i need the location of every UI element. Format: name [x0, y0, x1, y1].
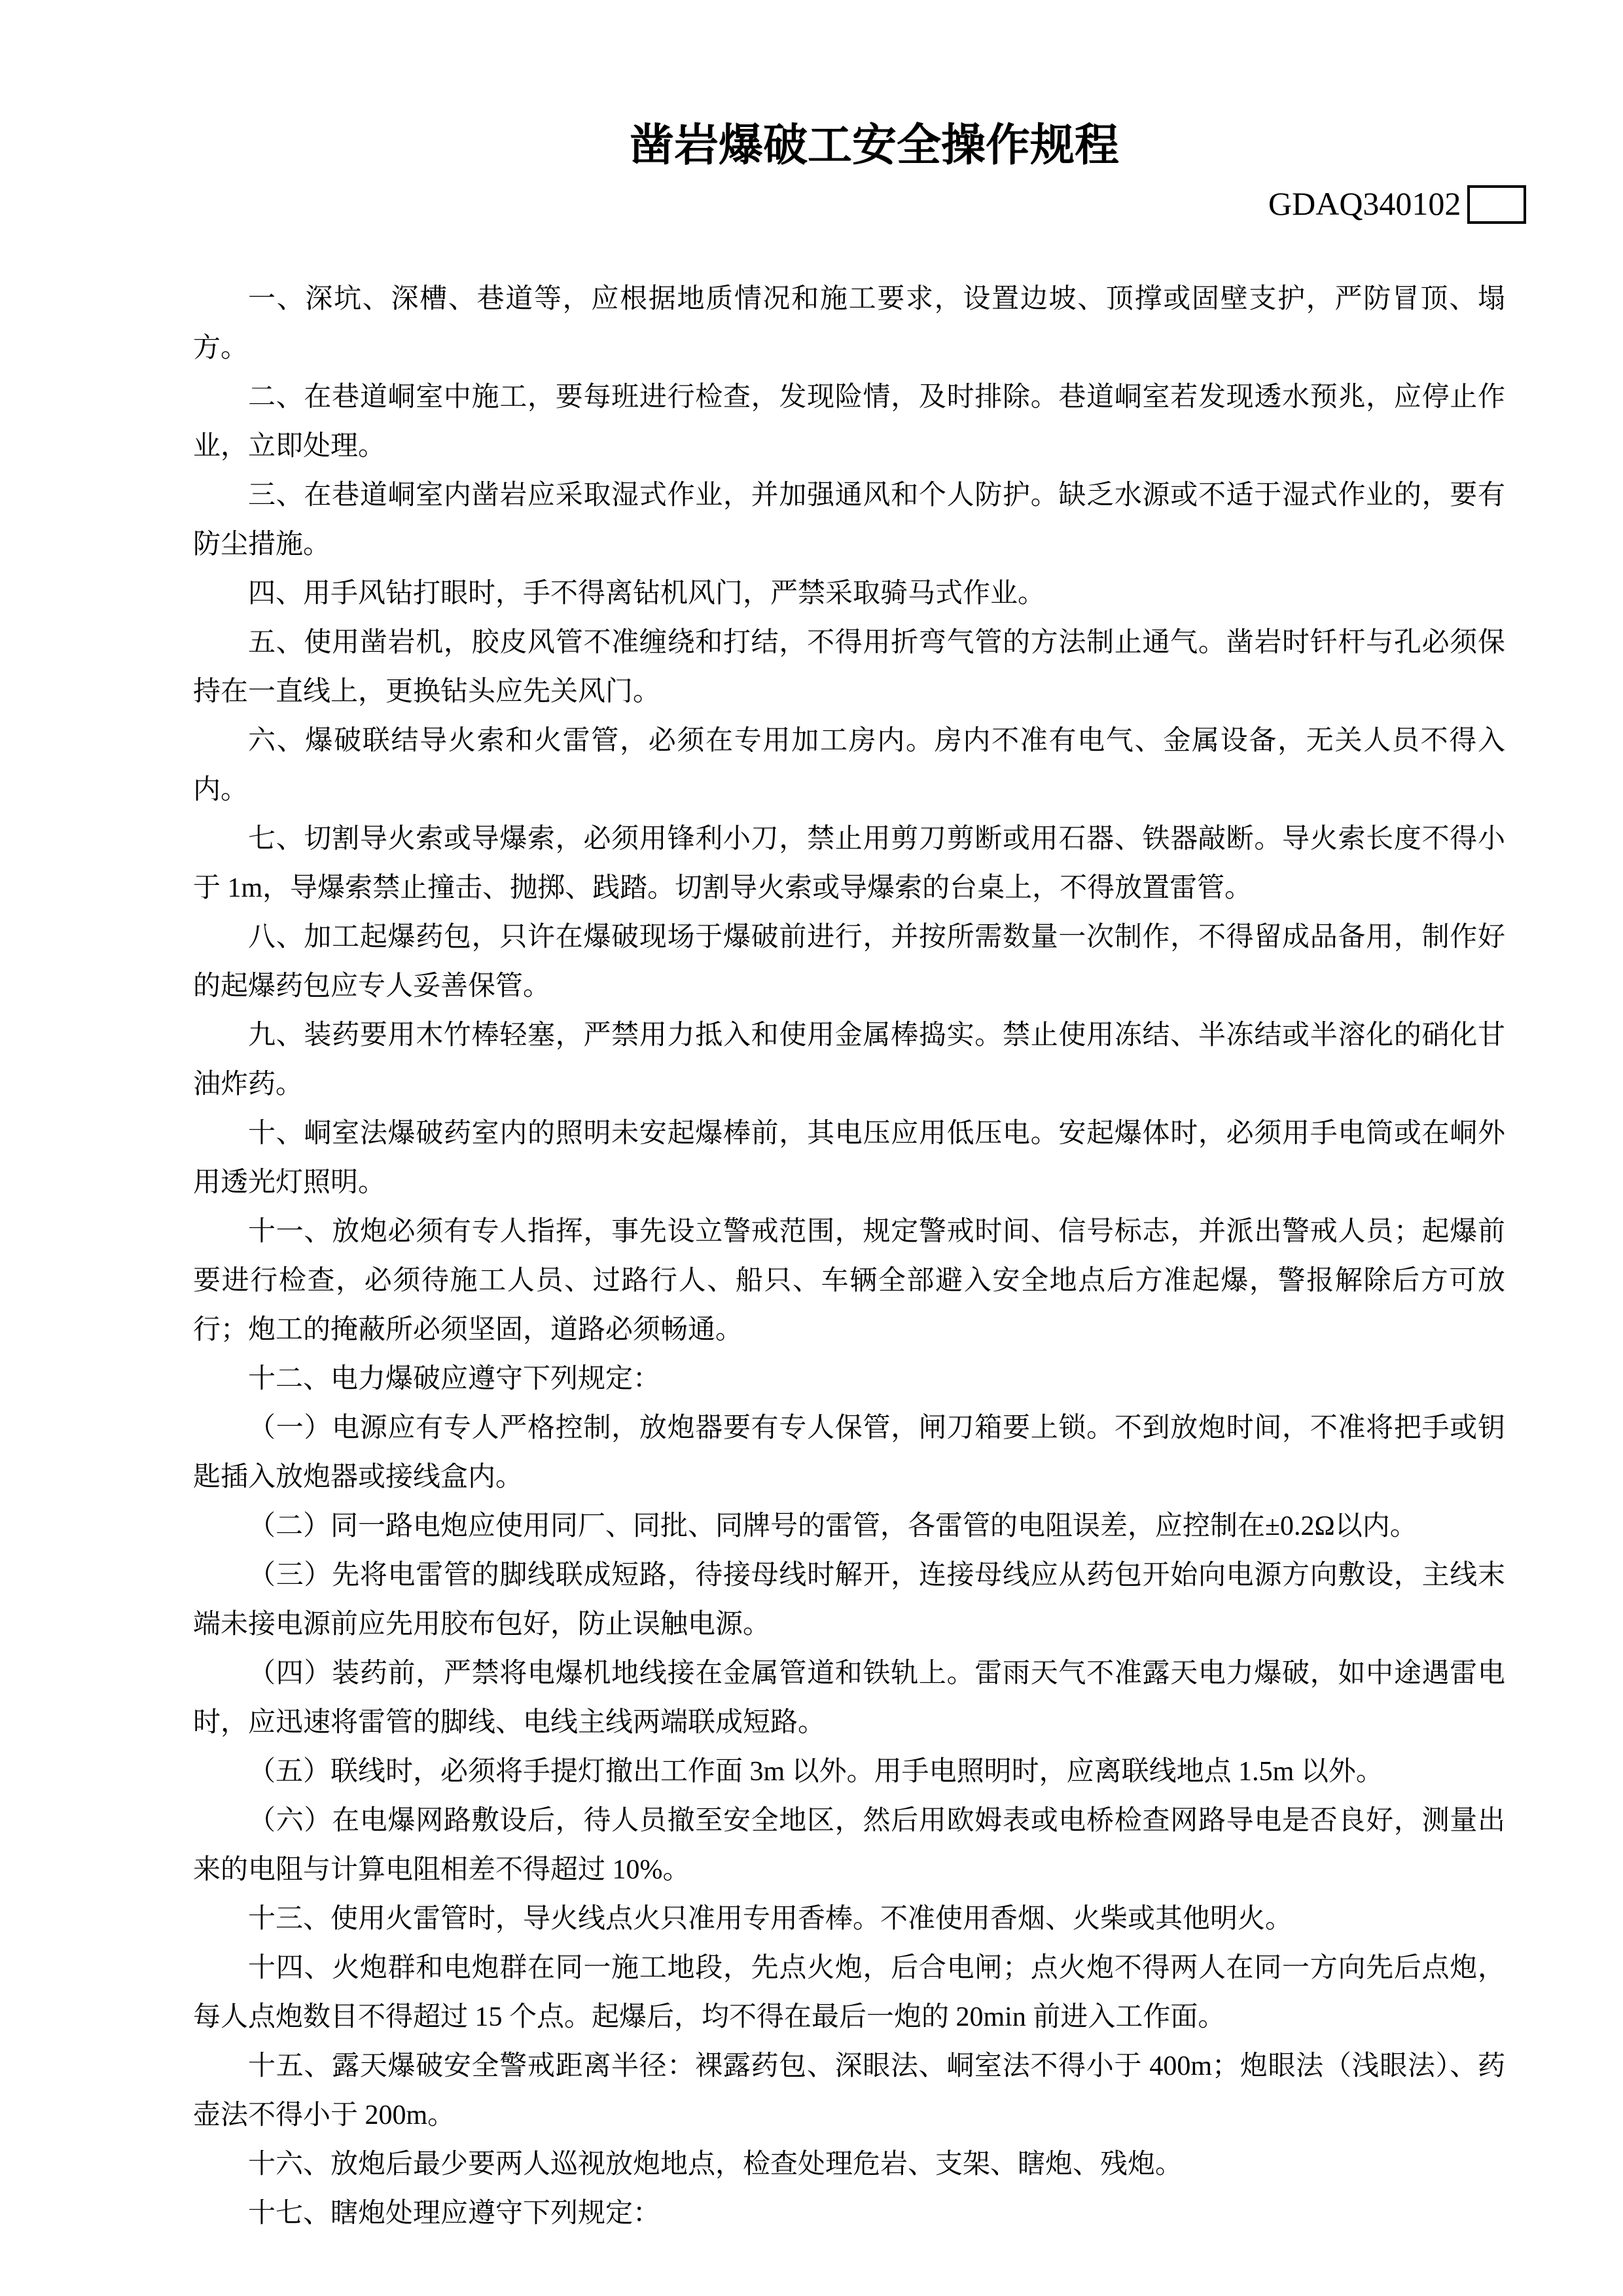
- paragraph: 一、深坑、深槽、巷道等，应根据地质情况和施工要求，设置边坡、顶撑或固壁支护，严防…: [193, 275, 1505, 373]
- paragraph: 十、峒室法爆破药室内的照明未安起爆棒前，其电压应用低压电。安起爆体时，必须用手电…: [193, 1109, 1505, 1208]
- paragraph: 十一、放炮必须有专人指挥，事先设立警戒范围，规定警戒时间、信号标志，并派出警戒人…: [193, 1208, 1505, 1355]
- paragraph: 二、在巷道峒室中施工，要每班进行检查，发现险情，及时排除。巷道峒室若发现透水预兆…: [193, 373, 1505, 471]
- paragraph: （二）同一路电炮应使用同厂、同批、同牌号的雷管，各雷管的电阻误差，应控制在±0.…: [193, 1502, 1505, 1551]
- document-body: 一、深坑、深槽、巷道等，应根据地质情况和施工要求，设置边坡、顶撑或固壁支护，严防…: [193, 275, 1505, 2238]
- document-code: GDAQ340102: [1268, 183, 1461, 224]
- paragraph: 十六、放炮后最少要两人巡视放炮地点，检查处理危岩、支架、瞎炮、残炮。: [193, 2140, 1505, 2189]
- paragraph: 九、装药要用木竹棒轻塞，严禁用力抵入和使用金属棒捣实。禁止使用冻结、半冻结或半溶…: [193, 1011, 1505, 1109]
- paragraph: 十五、露天爆破安全警戒距离半径：裸露药包、深眼法、峒室法不得小于 400m；炮眼…: [193, 2042, 1505, 2140]
- document-page: 凿岩爆破工安全操作规程 GDAQ340102 一、深坑、深槽、巷道等，应根据地质…: [0, 0, 1623, 2296]
- paragraph: 三、在巷道峒室内凿岩应采取湿式作业，并加强通风和个人防护。缺乏水源或不适于湿式作…: [193, 471, 1505, 569]
- paragraph: （六）在电爆网路敷设后，待人员撤至安全地区，然后用欧姆表或电桥检查网路导电是否良…: [193, 1797, 1505, 1895]
- paragraph: 十七、瞎炮处理应遵守下列规定：: [193, 2189, 1505, 2238]
- paragraph: 四、用手风钻打眼时，手不得离钻机风门，严禁采取骑马式作业。: [193, 569, 1505, 619]
- paragraph: （一）电源应有专人严格控制，放炮器要有专人保管，闸刀箱要上锁。不到放炮时间，不准…: [193, 1404, 1505, 1502]
- paragraph: 十二、电力爆破应遵守下列规定：: [193, 1355, 1505, 1404]
- document-code-row: GDAQ340102: [1268, 183, 1526, 224]
- paragraph: 六、爆破联结导火索和火雷管，必须在专用加工房内。房内不准有电气、金属设备，无关人…: [193, 717, 1505, 815]
- paragraph: 五、使用凿岩机，胶皮风管不准缠绕和打结，不得用折弯气管的方法制止通气。凿岩时钎杆…: [193, 619, 1505, 717]
- page-title: 凿岩爆破工安全操作规程: [0, 120, 1623, 170]
- code-fill-in-box: [1467, 185, 1526, 224]
- paragraph: 十四、火炮群和电炮群在同一施工地段，先点火炮，后合电闸；点火炮不得两人在同一方向…: [193, 1944, 1505, 2042]
- paragraph: 八、加工起爆药包，只许在爆破现场于爆破前进行，并按所需数量一次制作，不得留成品备…: [193, 913, 1505, 1011]
- paragraph: （五）联线时，必须将手提灯撤出工作面 3m 以外。用手电照明时，应离联线地点 1…: [193, 1748, 1505, 1797]
- paragraph: 十三、使用火雷管时，导火线点火只准用专用香棒。不准使用香烟、火柴或其他明火。: [193, 1895, 1505, 1944]
- paragraph: （四）装药前，严禁将电爆机地线接在金属管道和铁轨上。雷雨天气不准露天电力爆破，如…: [193, 1649, 1505, 1748]
- paragraph: （三）先将电雷管的脚线联成短路，待接母线时解开，连接母线应从药包开始向电源方向敷…: [193, 1551, 1505, 1649]
- paragraph: 七、切割导火索或导爆索，必须用锋利小刀，禁止用剪刀剪断或用石器、铁器敲断。导火索…: [193, 815, 1505, 913]
